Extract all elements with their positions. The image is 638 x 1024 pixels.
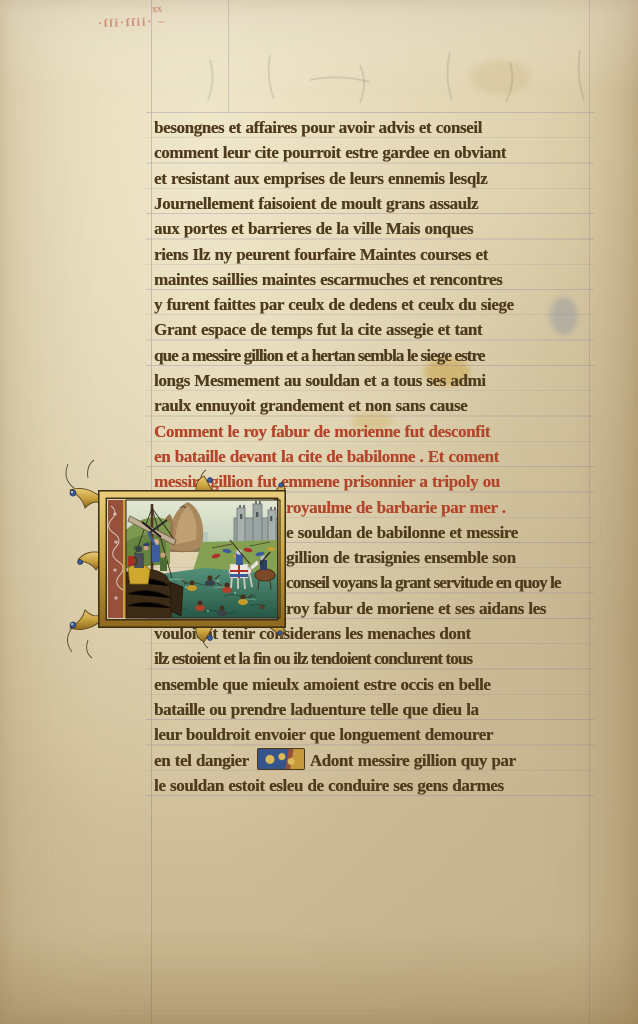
text-line: y furent faittes par ceulx de dedens et … <box>154 292 514 317</box>
adont-text: Adont messire gillion quy par <box>310 751 516 770</box>
text-line: bataille ou prendre laduenture telle que… <box>154 697 479 722</box>
text-line: longs Mesmement au souldan et a tous ses… <box>154 368 486 393</box>
text-line: le souldan estoit esleu de conduire ses … <box>154 773 504 798</box>
text-line: leur bouldroit envoier que longuement de… <box>154 722 493 747</box>
text-line: comment leur cite pourroit estre gardee … <box>154 140 506 165</box>
text-line: maintes saillies maintes escarmuches et … <box>154 267 502 292</box>
text-line-beside-miniature: gillion de trasignies ensemble son <box>286 545 516 570</box>
text-line: Grant espace de temps fut la cite assegi… <box>154 317 482 342</box>
text-line-with-filler: en tel dangierAdont messire gillion quy … <box>154 748 516 773</box>
text-line-beside-miniature: conseil voyans la grant servitude en quo… <box>286 570 560 595</box>
top-fold-line <box>228 0 229 112</box>
parchment-page: xx ·ſſi·ſſii· – besongnes et affaires po… <box>0 0 638 1024</box>
folio-mark-row: ·ſſi·ſſii· – <box>98 14 167 31</box>
text-line: et resistant aux emprises de leurs ennem… <box>154 166 487 191</box>
illuminated-initial-L <box>64 456 286 662</box>
show-through-strokes <box>150 40 620 120</box>
text-line: que a messire gillion et a hertan sembla… <box>154 343 484 368</box>
text-line: besongnes et affaires pour avoir advis e… <box>154 115 482 140</box>
text-line-beside-miniature: e souldan de babilonne et messire <box>286 520 518 545</box>
text-line-beside-miniature: roy fabur de moriene et ses aidans les <box>286 596 546 621</box>
text-line: raulx ennuyoit grandement et non sans ca… <box>154 393 467 418</box>
text-line: aux portes et barrieres de la ville Mais… <box>154 216 473 241</box>
text-line: ensemble que mieulx amoient estre occis … <box>154 672 490 697</box>
line-filler-ornament <box>257 748 305 770</box>
rubric-line: Comment le roy fabur de morienne fut des… <box>154 419 490 444</box>
dangier-text: en tel dangier <box>154 751 249 770</box>
warm-stain <box>470 60 530 94</box>
text-line: riens Ilz ny peurent fourfaire Maintes c… <box>154 242 488 267</box>
miniature-scene <box>126 500 280 618</box>
rubric-line: royaulme de barbarie par mer . <box>286 495 506 520</box>
text-line: Journellement faisoient de moult grans a… <box>154 191 478 216</box>
